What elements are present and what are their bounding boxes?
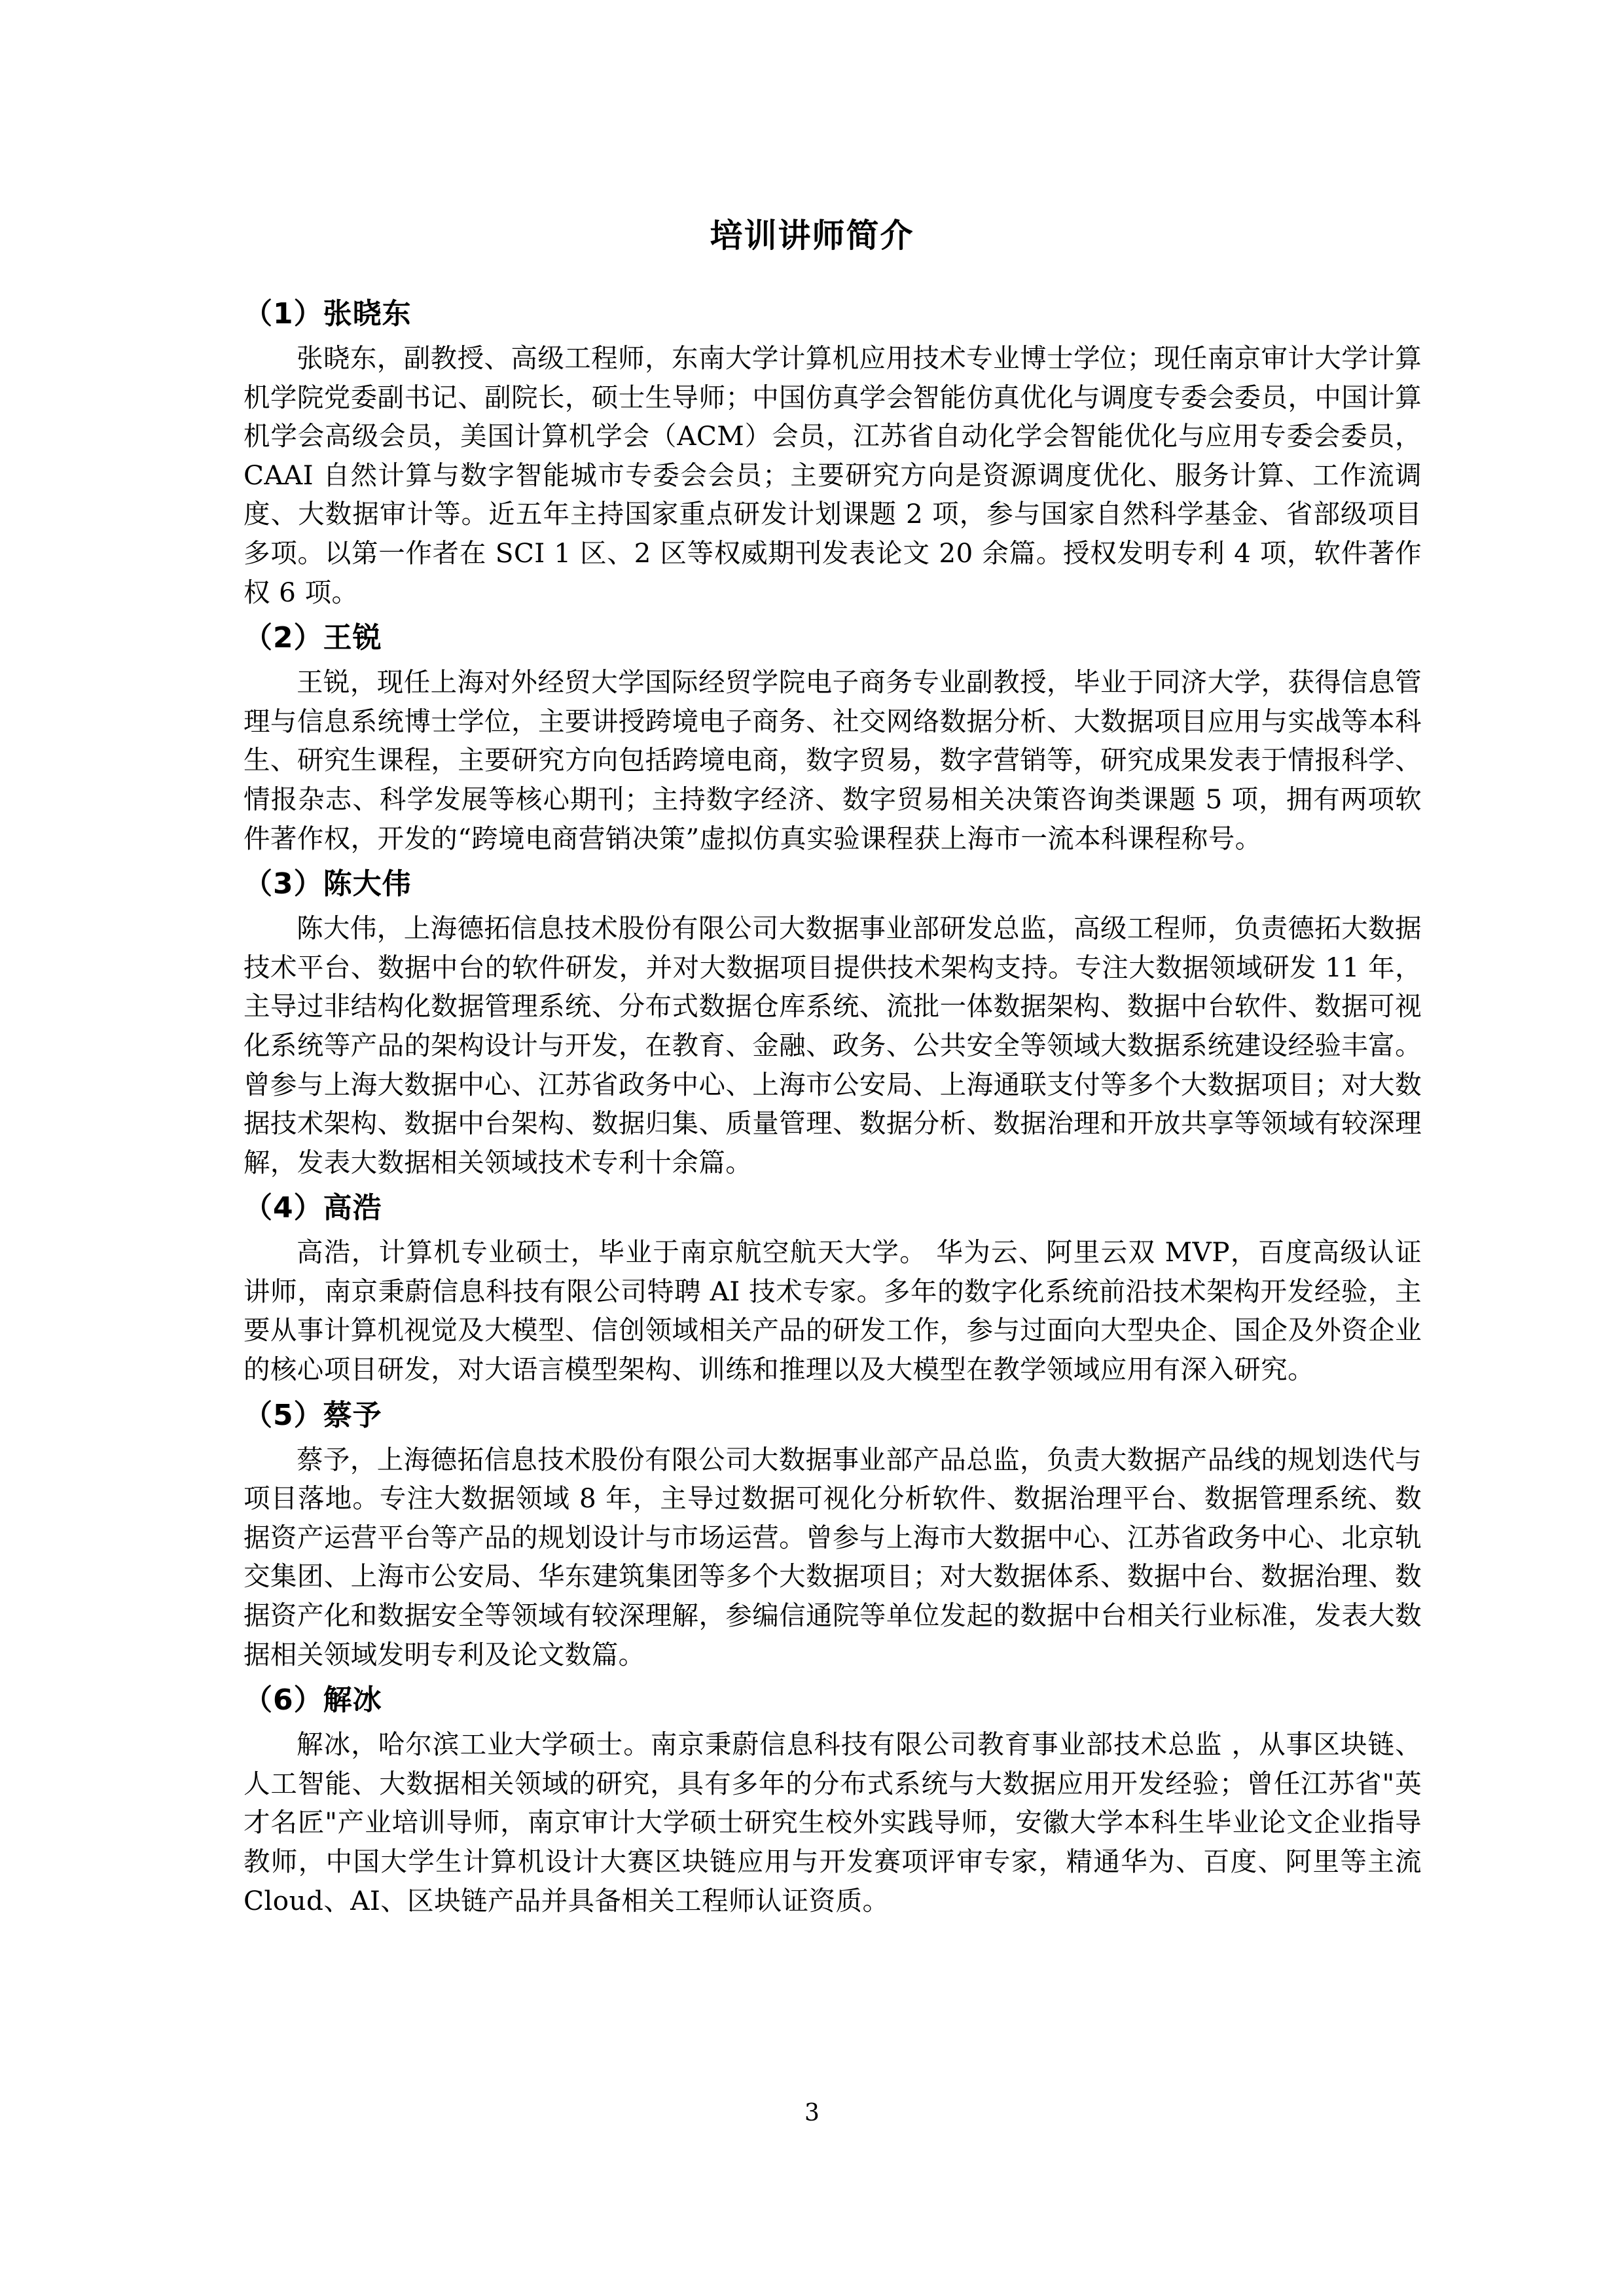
section-heading: （3）陈大伟: [244, 863, 1422, 905]
section-body: 解冰，哈尔滨工业大学硕士。南京秉蔚信息科技有限公司教育事业部技术总监 ，从事区块…: [244, 1725, 1422, 1920]
instructor-section-3: （3）陈大伟 陈大伟，上海德拓信息技术股份有限公司大数据事业部研发总监，高级工程…: [244, 863, 1422, 1182]
section-body: 陈大伟，上海德拓信息技术股份有限公司大数据事业部研发总监，高级工程师，负责德拓大…: [244, 909, 1422, 1182]
instructor-section-1: （1）张晓东 张晓东，副教授、高级工程师，东南大学计算机应用技术专业博士学位；现…: [244, 293, 1422, 612]
section-body: 高浩，计算机专业硕士，毕业于南京航空航天大学。 华为云、阿里云双 MVP，百度高…: [244, 1233, 1422, 1389]
section-body: 蔡予，上海德拓信息技术股份有限公司大数据事业部产品总监，负责大数据产品线的规划迭…: [244, 1441, 1422, 1675]
section-body: 张晓东，副教授、高级工程师，东南大学计算机应用技术专业博士学位；现任南京审计大学…: [244, 339, 1422, 612]
instructor-section-5: （5）蔡予 蔡予，上海德拓信息技术股份有限公司大数据事业部产品总监，负责大数据产…: [244, 1395, 1422, 1675]
instructor-section-2: （2）王锐 王锐，现任上海对外经贸大学国际经贸学院电子商务专业副教授，毕业于同济…: [244, 617, 1422, 858]
section-heading: （1）张晓东: [244, 293, 1422, 335]
page-number: 3: [0, 2098, 1624, 2129]
document-page: 培训讲师简介 （1）张晓东 张晓东，副教授、高级工程师，东南大学计算机应用技术专…: [0, 0, 1624, 2296]
instructor-section-4: （4）高浩 高浩，计算机专业硕士，毕业于南京航空航天大学。 华为云、阿里云双 M…: [244, 1187, 1422, 1389]
document-content: （1）张晓东 张晓东，副教授、高级工程师，东南大学计算机应用技术专业博士学位；现…: [244, 293, 1422, 1926]
section-heading: （2）王锐: [244, 617, 1422, 659]
instructor-section-6: （6）解冰 解冰，哈尔滨工业大学硕士。南京秉蔚信息科技有限公司教育事业部技术总监…: [244, 1679, 1422, 1920]
section-heading: （6）解冰: [244, 1679, 1422, 1721]
section-heading: （5）蔡予: [244, 1395, 1422, 1437]
section-heading: （4）高浩: [244, 1187, 1422, 1229]
page-title: 培训讲师简介: [0, 213, 1624, 259]
section-body: 王锐，现任上海对外经贸大学国际经贸学院电子商务专业副教授，毕业于同济大学，获得信…: [244, 663, 1422, 858]
